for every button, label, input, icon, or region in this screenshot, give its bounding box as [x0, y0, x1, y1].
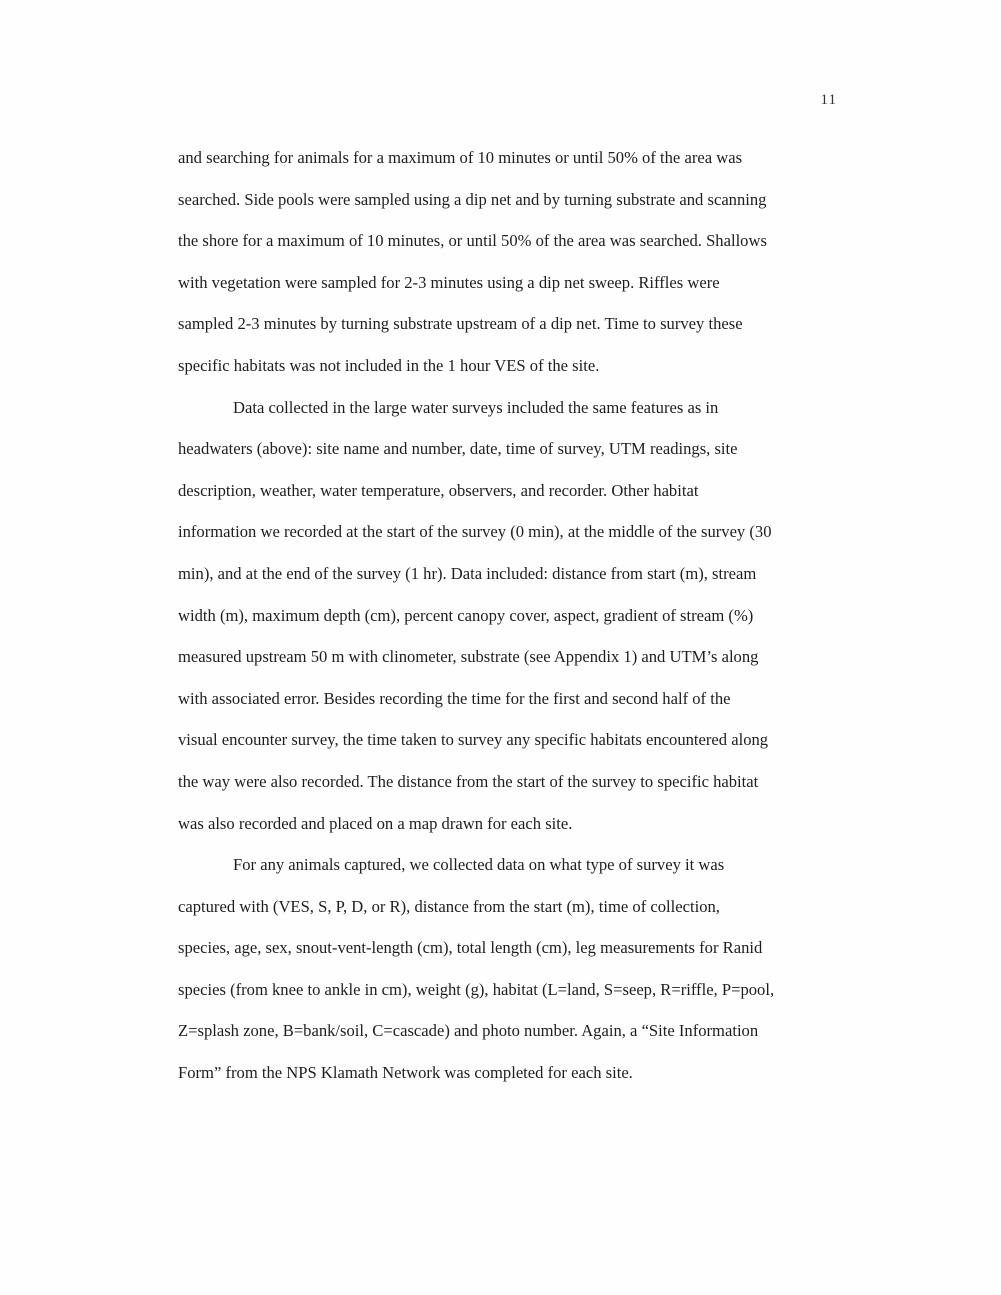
text-line: width (m), maximum depth (cm), percent c… [178, 604, 838, 646]
text-line: Data collected in the large water survey… [178, 396, 838, 438]
text-line: with vegetation were sampled for 2-3 min… [178, 271, 838, 313]
text-line: the way were also recorded. The distance… [178, 770, 838, 812]
text-line: and searching for animals for a maximum … [178, 146, 838, 188]
text-line: Z=splash zone, B=bank/soil, C=cascade) a… [178, 1019, 838, 1061]
text-line: For any animals captured, we collected d… [178, 853, 838, 895]
text-line: description, weather, water temperature,… [178, 479, 838, 521]
text-line: captured with (VES, S, P, D, or R), dist… [178, 895, 838, 937]
text-line: visual encounter survey, the time taken … [178, 728, 838, 770]
text-line: headwaters (above): site name and number… [178, 437, 838, 479]
paragraph-3: For any animals captured, we collected d… [178, 853, 838, 1103]
text-line: specific habitats was not included in th… [178, 354, 838, 396]
text-line: searched. Side pools were sampled using … [178, 188, 838, 230]
text-line: information we recorded at the start of … [178, 520, 838, 562]
text-line: min), and at the end of the survey (1 hr… [178, 562, 838, 604]
document-page: 11 and searching for animals for a maxim… [0, 0, 1001, 1295]
page-number: 11 [821, 92, 837, 109]
text-line: measured upstream 50 m with clinometer, … [178, 645, 838, 687]
text-line: was also recorded and placed on a map dr… [178, 812, 838, 854]
text-line: the shore for a maximum of 10 minutes, o… [178, 229, 838, 271]
text-line: Form” from the NPS Klamath Network was c… [178, 1061, 838, 1103]
text-line: species, age, sex, snout-vent-length (cm… [178, 936, 838, 978]
text-line: with associated error. Besides recording… [178, 687, 838, 729]
body-text: and searching for animals for a maximum … [178, 146, 838, 1103]
paragraph-1: and searching for animals for a maximum … [178, 146, 838, 396]
text-line: species (from knee to ankle in cm), weig… [178, 978, 838, 1020]
text-line: sampled 2-3 minutes by turning substrate… [178, 312, 838, 354]
paragraph-2: Data collected in the large water survey… [178, 396, 838, 854]
